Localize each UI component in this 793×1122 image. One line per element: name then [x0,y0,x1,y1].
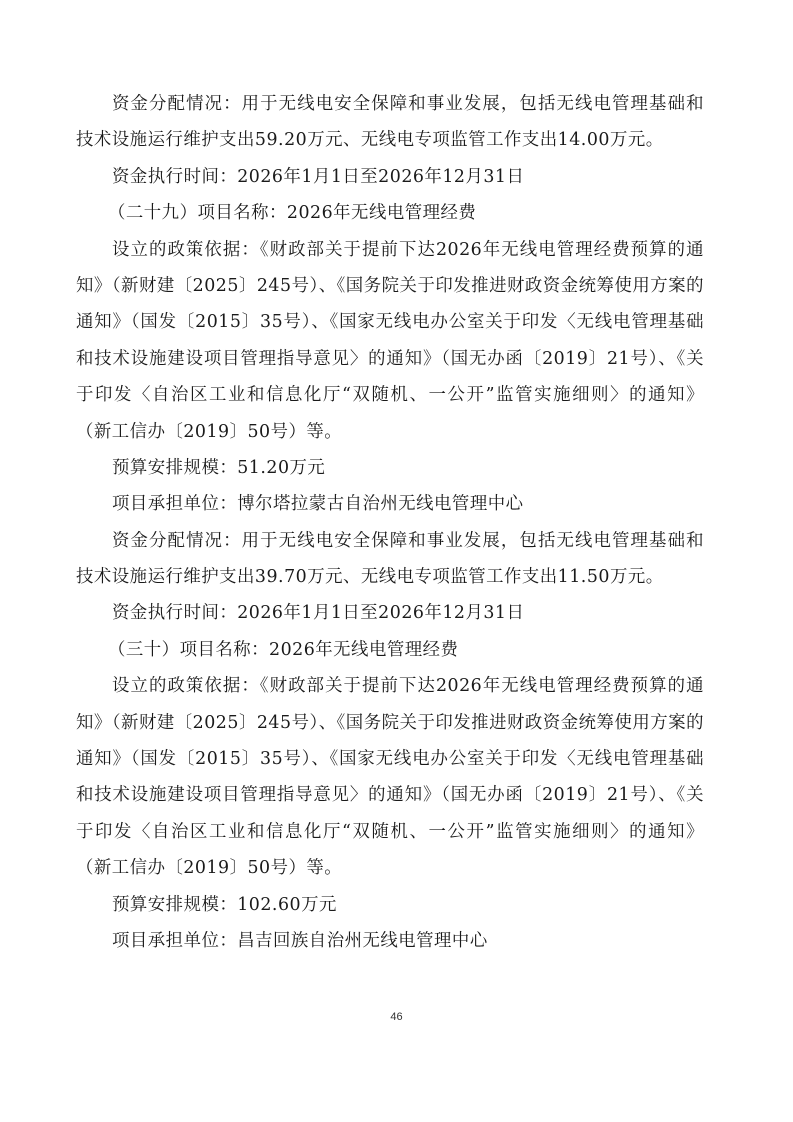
paragraph-responsible-unit: 项目承担单位：博尔塔拉蒙古自治州无线电管理中心 [76,486,704,522]
paragraph-policy-basis-line-2: 知》（新财建〔2025〕245号）、《国务院关于印发推进财政资金统筹使用方案的 [76,705,704,741]
paragraph-budget-scale: 预算安排规模：51.20万元 [76,450,704,486]
paragraph-policy-basis-line-5: 于印发〈自治区工业和信息化厅“双随机、一公开”监管实施细则〉的通知》 [76,377,704,413]
paragraph-responsible-unit: 项目承担单位：昌吉回族自治州无线电管理中心 [76,923,704,959]
paragraph-policy-basis-line-5: 于印发〈自治区工业和信息化厅“双随机、一公开”监管实施细则〉的通知》 [76,814,704,850]
paragraph-budget-scale: 预算安排规模：102.60万元 [76,887,704,923]
paragraph-policy-basis-line-1: 设立的政策依据：《财政部关于提前下达2026年无线电管理经费预算的通 [76,232,704,268]
paragraph-policy-basis-line-2: 知》（新财建〔2025〕245号）、《国务院关于印发推进财政资金统筹使用方案的 [76,268,704,304]
paragraph-policy-basis-line-4: 和技术设施建设项目管理指导意见〉的通知》（国无办函〔2019〕21号）、《关 [76,777,704,813]
paragraph-policy-basis-line-6: （新工信办〔2019〕50号）等。 [76,414,704,450]
document-page: 资金分配情况：用于无线电安全保障和事业发展，包括无线电管理基础和 技术设施运行维… [76,86,704,959]
paragraph-fund-allocation-line-1: 资金分配情况：用于无线电安全保障和事业发展，包括无线电管理基础和 [76,86,704,122]
paragraph-fund-allocation-line-1: 资金分配情况：用于无线电安全保障和事业发展，包括无线电管理基础和 [76,523,704,559]
paragraph-execution-time: 资金执行时间：2026年1月1日至2026年12月31日 [76,595,704,631]
page-number: 46 [0,1011,793,1023]
section-heading-30: （三十）项目名称：2026年无线电管理经费 [76,632,704,668]
paragraph-policy-basis-line-4: 和技术设施建设项目管理指导意见〉的通知》（国无办函〔2019〕21号）、《关 [76,341,704,377]
paragraph-policy-basis-line-1: 设立的政策依据：《财政部关于提前下达2026年无线电管理经费预算的通 [76,668,704,704]
paragraph-fund-allocation-line-2: 技术设施运行维护支出59.20万元、无线电专项监管工作支出14.00万元。 [76,122,704,158]
paragraph-fund-allocation-line-2: 技术设施运行维护支出39.70万元、无线电专项监管工作支出11.50万元。 [76,559,704,595]
paragraph-policy-basis-line-3: 通知》（国发〔2015〕35号）、《国家无线电办公室关于印发〈无线电管理基础 [76,741,704,777]
paragraph-policy-basis-line-6: （新工信办〔2019〕50号）等。 [76,850,704,886]
paragraph-policy-basis-line-3: 通知》（国发〔2015〕35号）、《国家无线电办公室关于印发〈无线电管理基础 [76,304,704,340]
section-heading-29: （二十九）项目名称：2026年无线电管理经费 [76,195,704,231]
paragraph-execution-time: 资金执行时间：2026年1月1日至2026年12月31日 [76,159,704,195]
